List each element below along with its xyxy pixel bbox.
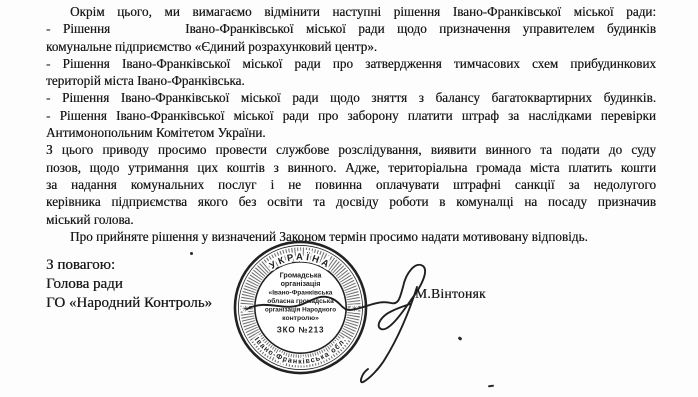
stamp-star-left-icon: ✳	[242, 304, 249, 313]
document-page: Окрім цього, ми вимагаємо відмінити наст…	[0, 0, 698, 397]
stamp-center-line: Громадська	[280, 272, 323, 280]
closing-org-line: ГО «Народний Контроль»	[46, 294, 212, 313]
text-line: Антимонопольним Комітетом України.	[46, 124, 656, 141]
stamp-center-line: організація	[281, 280, 321, 288]
text-line: територій міста Івано-Франківська.	[46, 72, 656, 89]
stamp-star-right-icon: ✳	[351, 304, 358, 313]
stamp-svg: УКРАЇНА Івано-Франківська обл. ✳ ✳ Грома…	[231, 238, 370, 377]
text-line: позов, щодо утримання цих коштів з винно…	[46, 159, 656, 176]
text-line: З цього приводу просимо провести службов…	[46, 141, 656, 158]
text-line: керівника підприємства якого без освіти …	[46, 193, 656, 210]
scan-speck	[190, 252, 193, 255]
text-line: - Рішення Івано-Франківської міської рад…	[46, 89, 656, 106]
signer-name: М.Вінтоняк	[415, 286, 486, 302]
text-line: Окрім цього, ми вимагаємо відмінити наст…	[46, 3, 656, 20]
text-line: міський голова.	[46, 211, 656, 228]
text-line: - Рішення Івано-Франківської міської рад…	[46, 107, 656, 124]
closing-block: З повагою: Голова ради ГО «Народний Конт…	[46, 256, 212, 312]
stamp-center-line: обласна громадська	[267, 297, 334, 305]
text-line: за надання комунальних послуг і не повин…	[46, 176, 656, 193]
stamp-registration-number: ЗКО №213	[277, 325, 325, 334]
closing-salutation: З повагою:	[46, 256, 212, 275]
stamp-center-line: організація Народного	[265, 305, 336, 313]
letter-body: Окрім цього, ми вимагаємо відмінити наст…	[46, 3, 656, 245]
closing-title-line: Голова ради	[46, 275, 212, 294]
scan-speck	[488, 385, 494, 388]
official-stamp: УКРАЇНА Івано-Франківська обл. ✳ ✳ Грома…	[231, 238, 370, 377]
stamp-center-line: контролю»	[282, 315, 319, 322]
stamp-center-line: «Івано-Франківська	[269, 289, 333, 297]
text-line: - Рішення Івано-Франківської міської рад…	[46, 55, 656, 72]
scan-speck	[458, 336, 463, 341]
text-line: - Рішення Івано-Франківської міської рад…	[46, 20, 656, 37]
text-line: комунальне підприємство «Єдиний розрахун…	[46, 38, 656, 55]
